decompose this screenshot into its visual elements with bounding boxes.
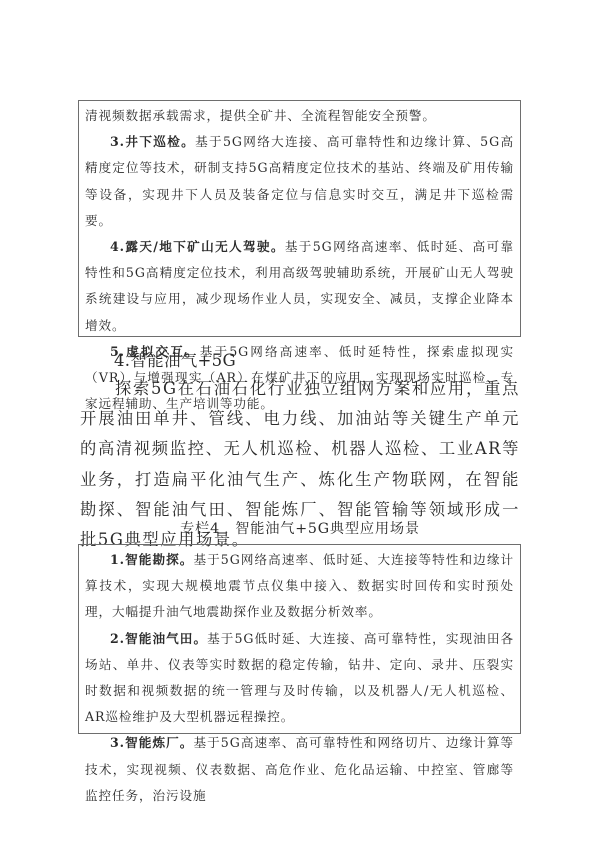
box-caption: 专栏4 智能油气+5G典型应用场景 [0,518,600,538]
box-item-2: 2.智能油气田。基于5G低时延、大连接、高可靠特性，实现油田各场站、单井、仪表等… [85,626,514,731]
feature-box-bottom: 1.智能勘探。基于5G网络高速率、低时延、大连接等特性和边缘计算技术，实现大规模… [78,544,521,734]
box-item-3: 3.井下巡检。基于5G网络大连接、高可靠特性和边缘计算、5G高精度定位等技术，研… [85,129,514,234]
box-item-3: 3.智能炼厂。基于5G高速率、高可靠特性和网络切片、边缘计算等技术，实现视频、仪… [85,730,514,809]
section-heading: 4.智能油气+5G [114,347,236,371]
box-item-4: 4.露天/地下矿山无人驾驶。基于5G网络高速率、低时延、高可靠特性和5G高精度定… [85,234,514,339]
continuation-text: 清视频数据承载需求，提供全矿井、全流程智能安全预警。 [85,103,514,129]
feature-box-top: 清视频数据承载需求，提供全矿井、全流程智能安全预警。 3.井下巡检。基于5G网络… [78,100,521,337]
item-lead: 3.井下巡检。 [110,134,195,149]
caption-title: 智能油气+5G典型应用场景 [235,521,420,537]
item-lead: 4.露天/地下矿山无人驾驶。 [110,239,285,254]
caption-number: 专栏4 [180,521,220,537]
box-item-1: 1.智能勘探。基于5G网络高速率、低时延、大连接等特性和边缘计算技术，实现大规模… [85,547,514,626]
item-lead: 2.智能油气田。 [110,631,207,646]
item-lead: 3.智能炼厂。 [110,735,193,750]
item-lead: 1.智能勘探。 [110,552,193,567]
